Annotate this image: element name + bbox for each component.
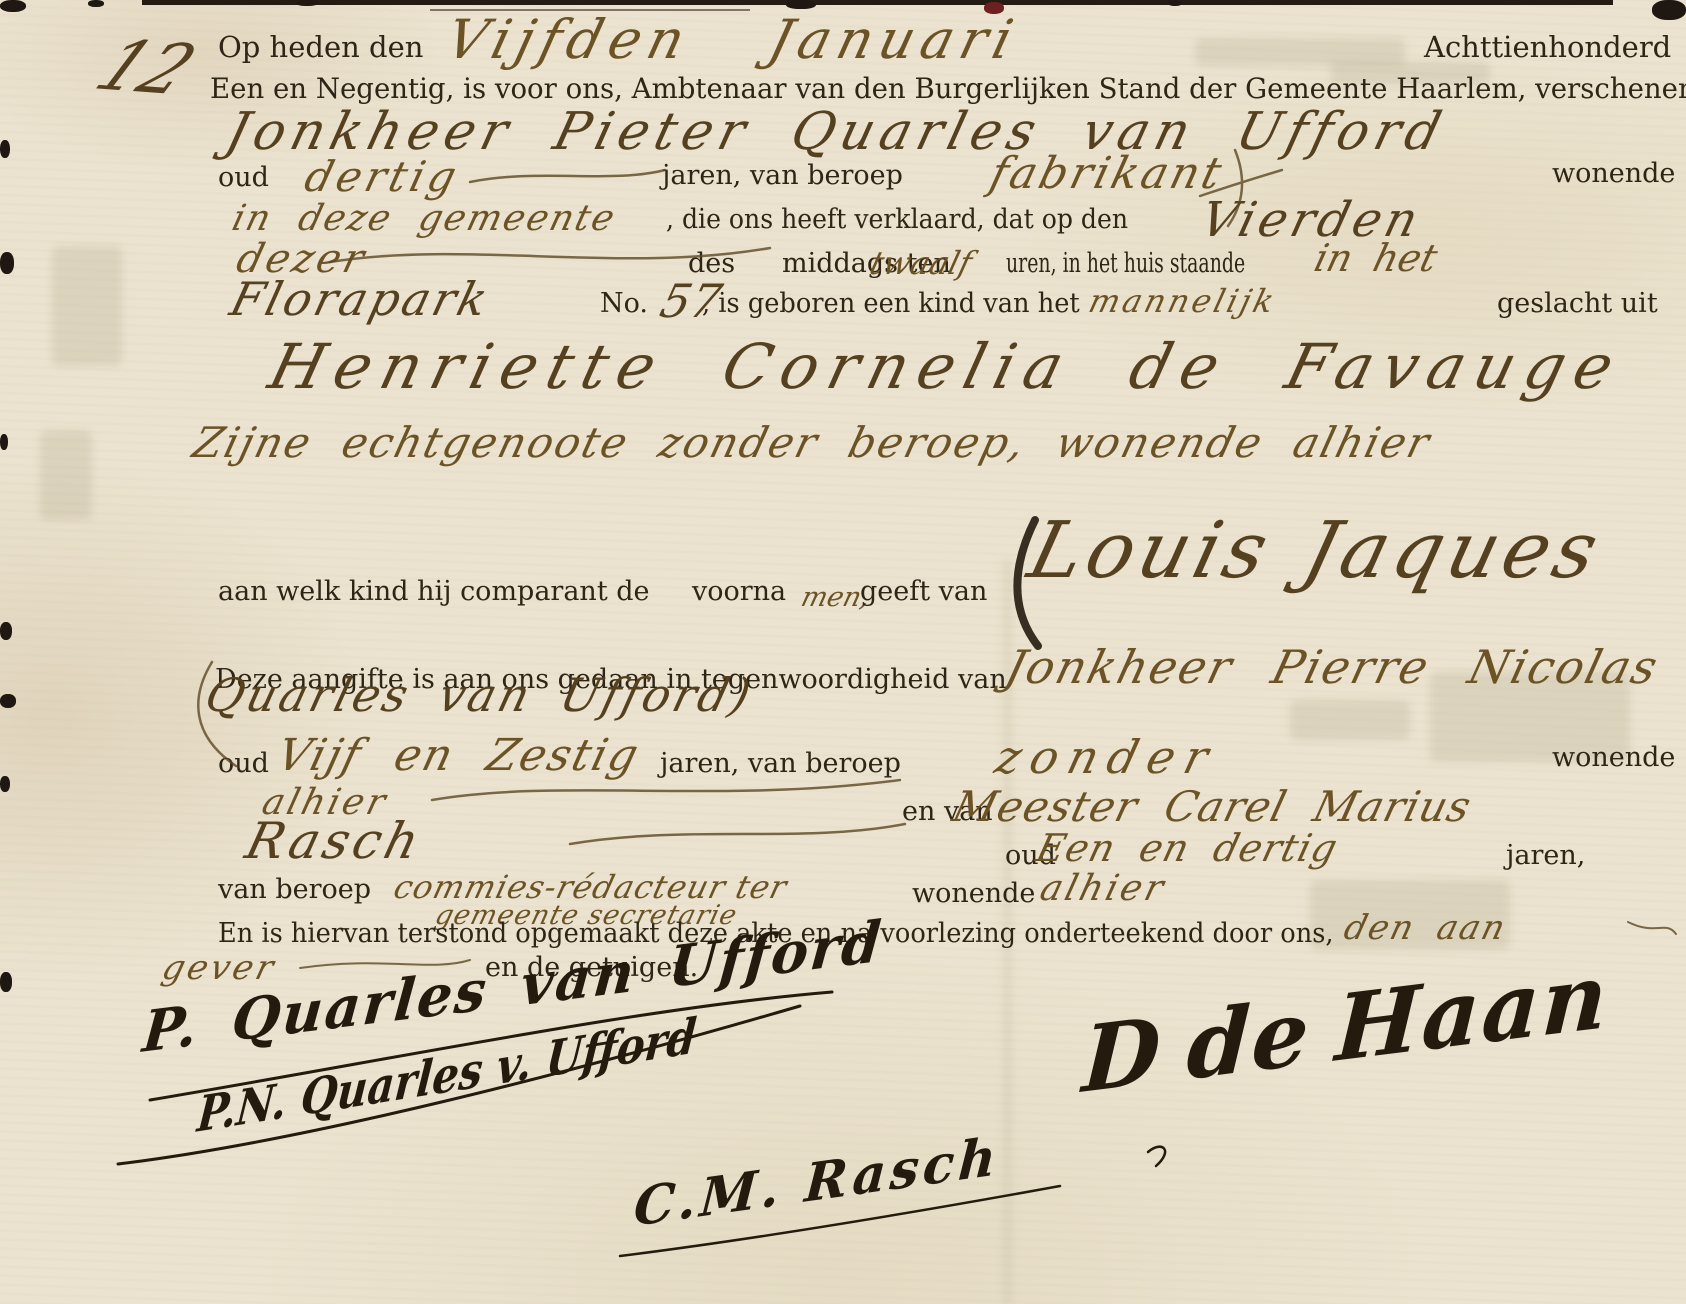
- handwritten-residence: in deze gemeente: [228, 198, 620, 239]
- handwritten-witness2-name-2: Rasch: [240, 812, 429, 870]
- handwritten-profession: fabrikant: [985, 148, 1229, 199]
- handwritten-age: dertig: [300, 152, 465, 201]
- handwritten-spouse-line: Zijne echtgenoote zonder beroep, wonende…: [188, 418, 1436, 467]
- printed-jaren-van-beroep: jaren, van beroep: [662, 160, 903, 191]
- flourish-sig4-mark: [1148, 1147, 1165, 1166]
- handwritten-gender: mannelijk: [1085, 282, 1281, 320]
- flourish-after-alhier: [432, 780, 900, 800]
- printed-wonende: wonende: [1552, 158, 1675, 189]
- printed-naming-intro: aan welk kind hij comparant de: [218, 576, 650, 607]
- handwritten-date: Vijfden Januari: [440, 8, 1026, 71]
- printed-wonende-w2: wonende: [912, 878, 1035, 909]
- birth-certificate-scan: 12 Op heden den Vijfden Januari Achttien…: [0, 0, 1686, 1304]
- signature-registrar: D de Haan: [1080, 942, 1612, 1114]
- printed-jaren-van-beroep-w1: jaren, van beroep: [660, 748, 901, 779]
- handwritten-mother-name: Henriette Cornelia de Favauge: [262, 330, 1631, 403]
- scan-artifact: [296, 0, 318, 6]
- bleedthrough-ghost: [1290, 700, 1410, 740]
- handwritten-witness2-age: Een en dertig: [1032, 826, 1343, 870]
- handwritten-in-het: in het: [1310, 236, 1442, 280]
- top-rule: [142, 0, 1613, 5]
- scan-artifact: [0, 0, 26, 12]
- handwritten-gever: gever: [158, 948, 280, 988]
- bleedthrough-ghost: [52, 246, 122, 366]
- flourish-after-age: [470, 170, 665, 182]
- scan-artifact: [1652, 0, 1686, 20]
- bleedthrough-ghost: [40, 430, 92, 520]
- printed-jaren-w2: jaren,: [1506, 840, 1585, 871]
- printed-is-geboren: , is geboren een kind van het: [702, 288, 1080, 319]
- scan-artifact: [0, 972, 12, 992]
- printed-oud-w1: oud: [218, 748, 269, 779]
- act-number: 12: [82, 26, 209, 111]
- handwritten-witness2-residence: alhier: [1036, 868, 1170, 909]
- printed-voorna: voorna: [692, 576, 786, 607]
- handwritten-witness1-name-2: Quarles van Ufford): [200, 668, 759, 722]
- printed-year: Achttienhonderd: [1424, 30, 1671, 64]
- scan-artifact: [0, 434, 8, 450]
- signature-witness2: C.M. Rasch: [632, 1125, 1002, 1239]
- scan-artifact: [88, 0, 104, 7]
- handwritten-street: Florapark: [225, 272, 496, 326]
- printed-registrar-line: Een en Negentig, is voor ons, Ambtenaar …: [210, 72, 1686, 105]
- handwritten-child-names: Louis Jaques: [1020, 506, 1611, 596]
- handwritten-witness2-name-1: Meester Carel Marius: [948, 782, 1477, 831]
- handwritten-witness1-profession: zonder: [990, 730, 1224, 784]
- scan-artifact: [0, 776, 10, 792]
- flourish-after-rasch: [570, 824, 905, 844]
- handwritten-witness1-age: Vijf en Zestig: [272, 730, 645, 781]
- printed-no: No.: [600, 288, 648, 319]
- handwritten-hour: twaalf: [866, 244, 976, 282]
- printed-geslacht-uit: geslacht uit: [1497, 288, 1658, 319]
- printed-op-heden: Op heden den: [218, 30, 423, 64]
- printed-uren-huis: uren, in het huis staande: [1006, 248, 1245, 279]
- scan-artifact: [0, 252, 14, 274]
- printed-oud: oud: [218, 162, 269, 193]
- printed-die-ons: , die ons heeft verklaard, dat op den: [666, 204, 1128, 235]
- flourish-den-aan-tail: [1628, 922, 1676, 934]
- printed-van-beroep-w2: van beroep: [218, 874, 371, 905]
- scan-artifact: [0, 140, 10, 158]
- printed-wonende-w1: wonende: [1552, 742, 1675, 773]
- printed-geeft-van: geeft van: [860, 576, 987, 607]
- handwritten-witness1-name-1: Jonkheer Pierre Nicolas: [1000, 640, 1665, 694]
- scan-artifact: [0, 622, 12, 640]
- handwritten-den-aan: den aan: [1340, 908, 1511, 948]
- scan-artifact: [1168, 0, 1182, 6]
- scan-artifact: [0, 694, 16, 708]
